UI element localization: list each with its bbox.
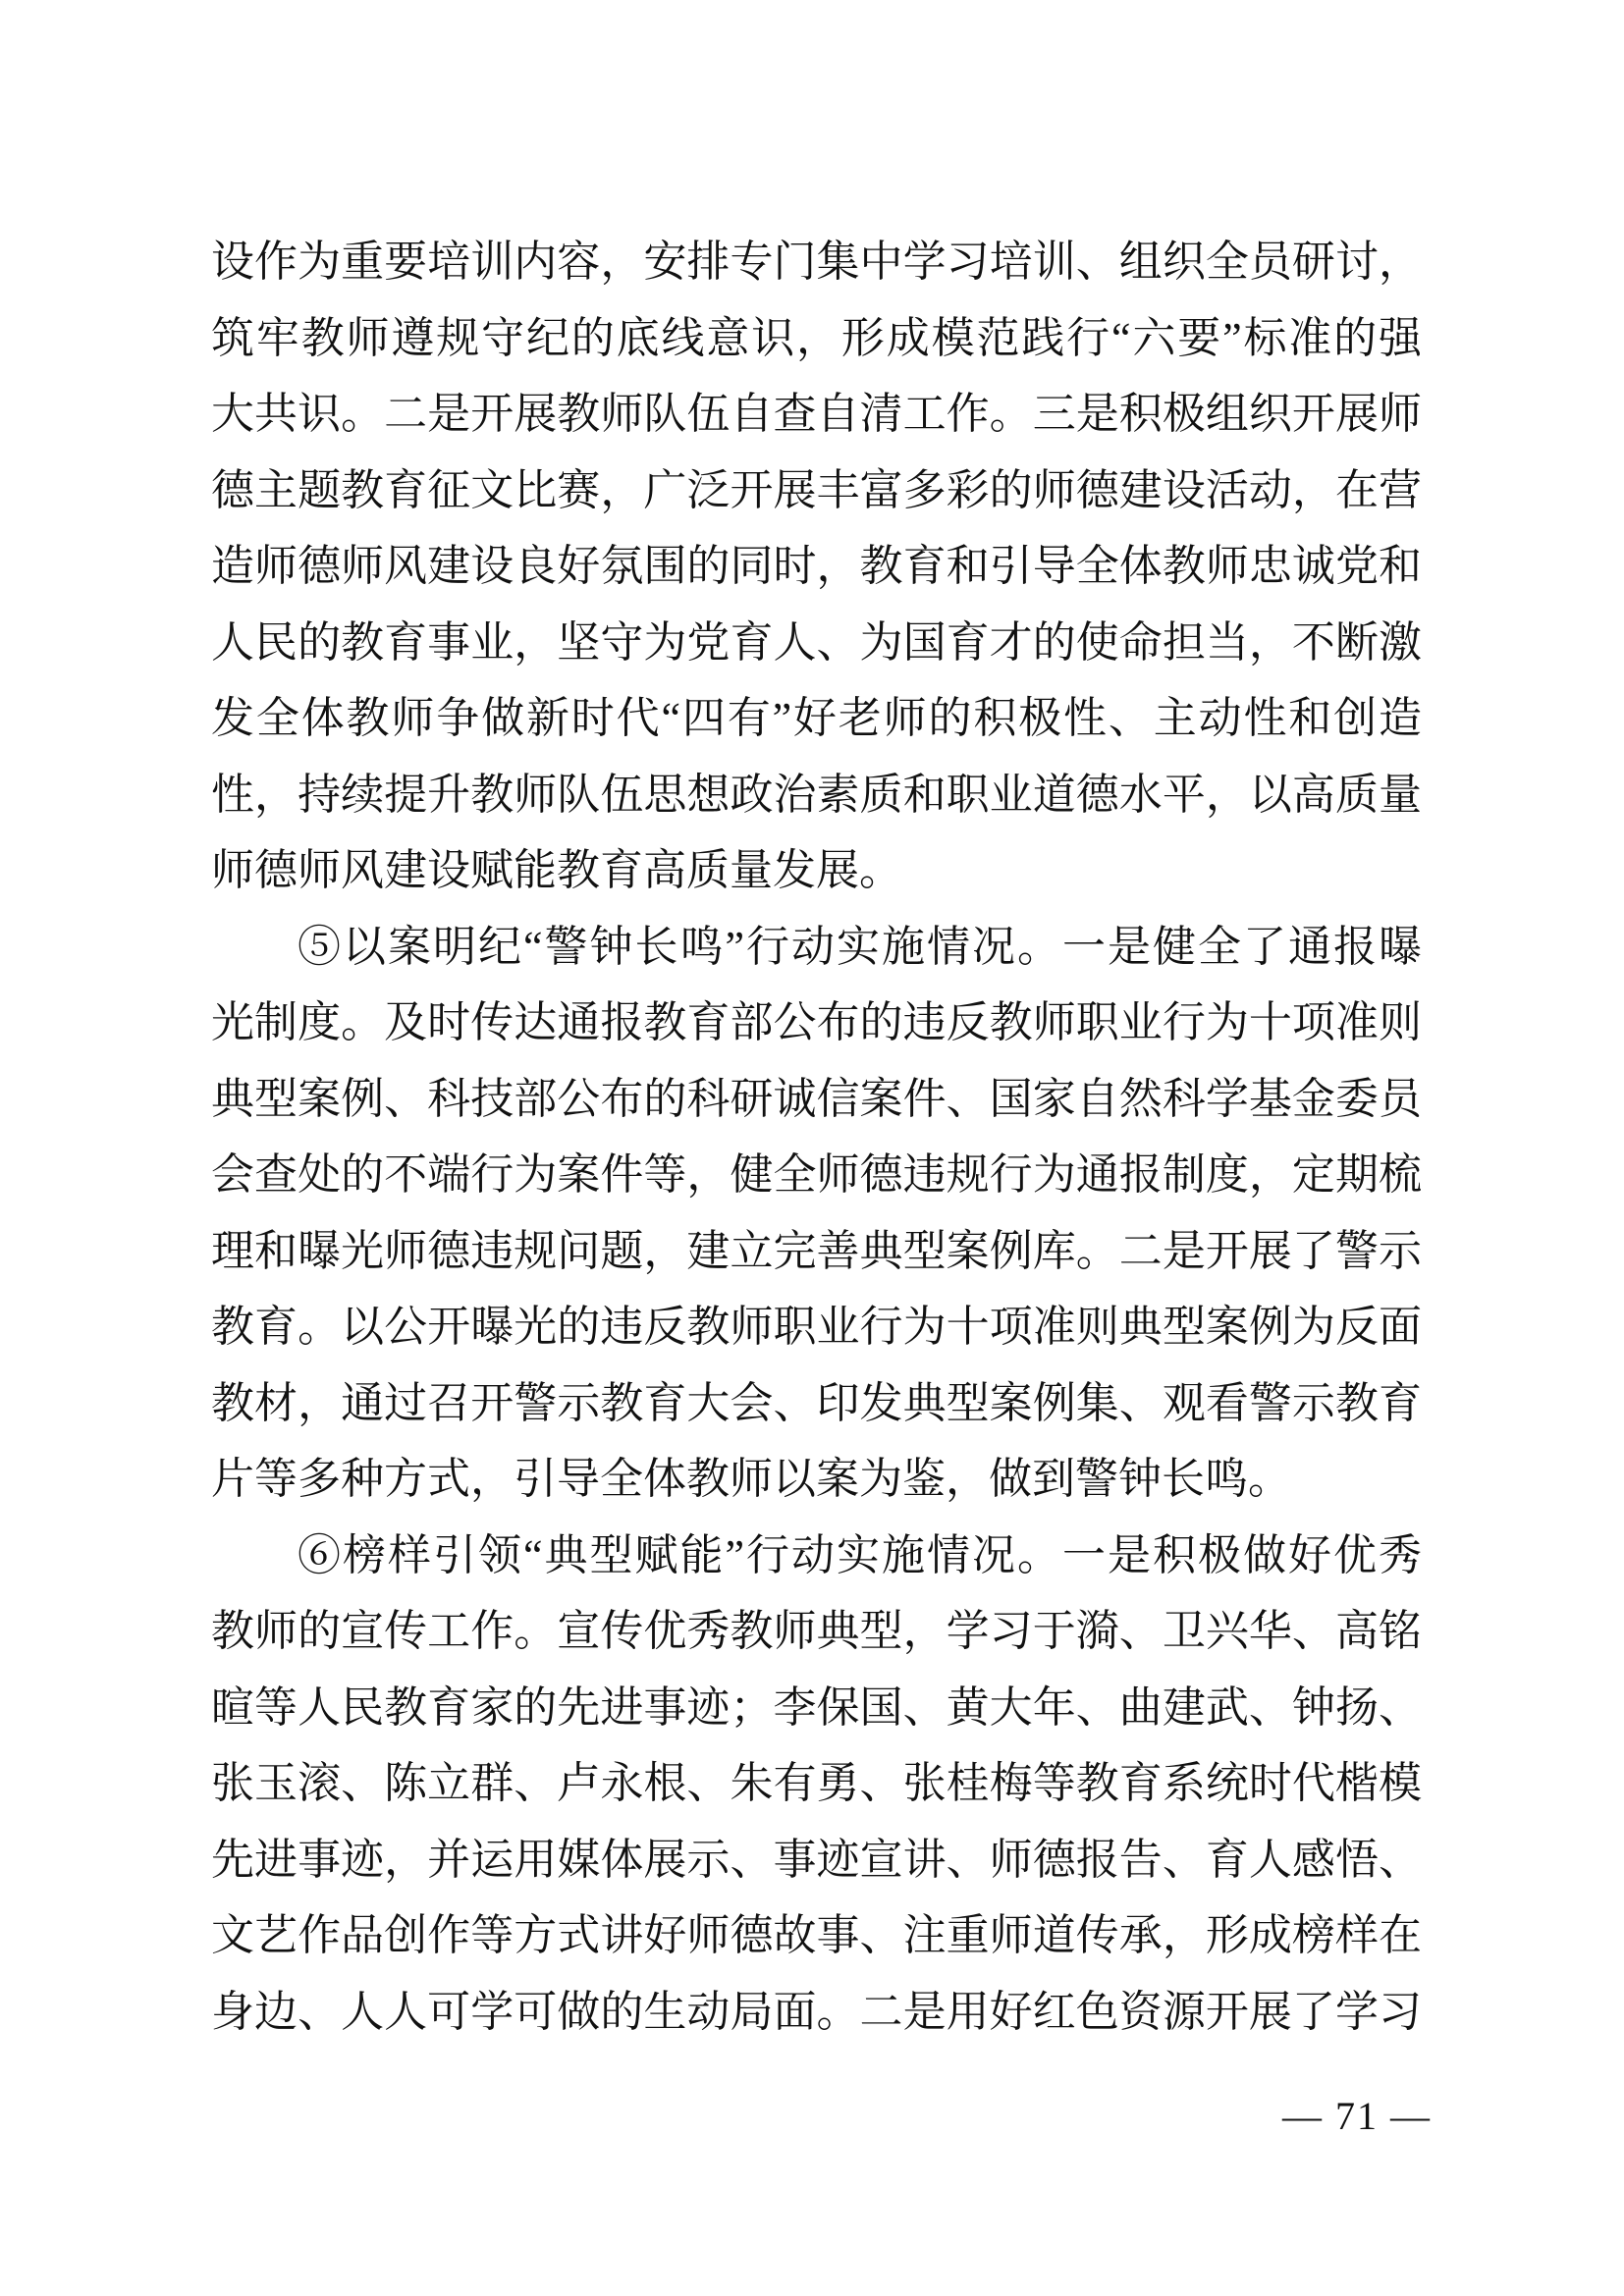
text-line: 教师的宣传工作。宣传优秀教师典型，学习于漪、卫兴华、高铭 xyxy=(211,1593,1422,1670)
text-line: 会查处的不端行为案件等，健全师德违规行为通报制度，定期梳 xyxy=(211,1137,1422,1213)
text-line: 文艺作品创作等方式讲好师德故事、注重师道传承，形成榜样在 xyxy=(211,1897,1422,1974)
page-number: — 71 — xyxy=(1282,2087,1432,2146)
text-line-paragraph-end: 师德师风建设赋能教育高质量发展。 xyxy=(211,832,1422,909)
text-line: 发全体教师争做新时代“四有”好老师的积极性、主动性和创造 xyxy=(211,680,1422,757)
text-line-paragraph-start: ⑤以案明纪“警钟长鸣”行动实施情况。一是健全了通报曝 xyxy=(211,909,1422,986)
text-line: 光制度。及时传达通报教育部公布的违反教师职业行为十项准则 xyxy=(211,985,1422,1061)
text-line: 张玉滚、陈立群、卢永根、朱有勇、张桂梅等教育系统时代楷模 xyxy=(211,1745,1422,1822)
text-line: 人民的教育事业，坚守为党育人、为国育才的使命担当，不断激 xyxy=(211,605,1422,681)
text-line: 大共识。二是开展教师队伍自查自清工作。三是积极组织开展师 xyxy=(211,376,1422,453)
text-line: 身边、人人可学可做的生动局面。二是用好红色资源开展了学习 xyxy=(211,1974,1422,2051)
text-line: 典型案例、科技部公布的科研诚信案件、国家自然科学基金委员 xyxy=(211,1061,1422,1138)
text-line: 教材，通过召开警示教育大会、印发典型案例集、观看警示教育 xyxy=(211,1365,1422,1442)
body-text: 设作为重要培训内容，安排专门集中学习培训、组织全员研讨， 筑牢教师遵规守纪的底线… xyxy=(211,224,1422,2050)
text-line: 造师德师风建设良好氛围的同时，教育和引导全体教师忠诚党和 xyxy=(211,528,1422,605)
text-line-paragraph-start: ⑥榜样引领“典型赋能”行动实施情况。一是积极做好优秀 xyxy=(211,1518,1422,1594)
text-line: 先进事迹，并运用媒体展示、事迹宣讲、师德报告、育人感悟、 xyxy=(211,1822,1422,1898)
text-line: 设作为重要培训内容，安排专门集中学习培训、组织全员研讨， xyxy=(211,224,1422,300)
document-page: 设作为重要培训内容，安排专门集中学习培训、组织全员研讨， 筑牢教师遵规守纪的底线… xyxy=(0,0,1624,2296)
text-line: 暄等人民教育家的先进事迹；李保国、黄大年、曲建武、钟扬、 xyxy=(211,1670,1422,1746)
text-line: 教育。以公开曝光的违反教师职业行为十项准则典型案例为反面 xyxy=(211,1289,1422,1365)
text-line: 理和曝光师德违规问题，建立完善典型案例库。二是开展了警示 xyxy=(211,1213,1422,1290)
text-line: 德主题教育征文比赛，广泛开展丰富多彩的师德建设活动，在营 xyxy=(211,453,1422,529)
text-line-paragraph-end: 片等多种方式，引导全体教师以案为鉴，做到警钟长鸣。 xyxy=(211,1441,1422,1518)
text-line: 筑牢教师遵规守纪的底线意识，形成模范践行“六要”标准的强 xyxy=(211,300,1422,377)
text-line: 性，持续提升教师队伍思想政治素质和职业道德水平，以高质量 xyxy=(211,757,1422,833)
